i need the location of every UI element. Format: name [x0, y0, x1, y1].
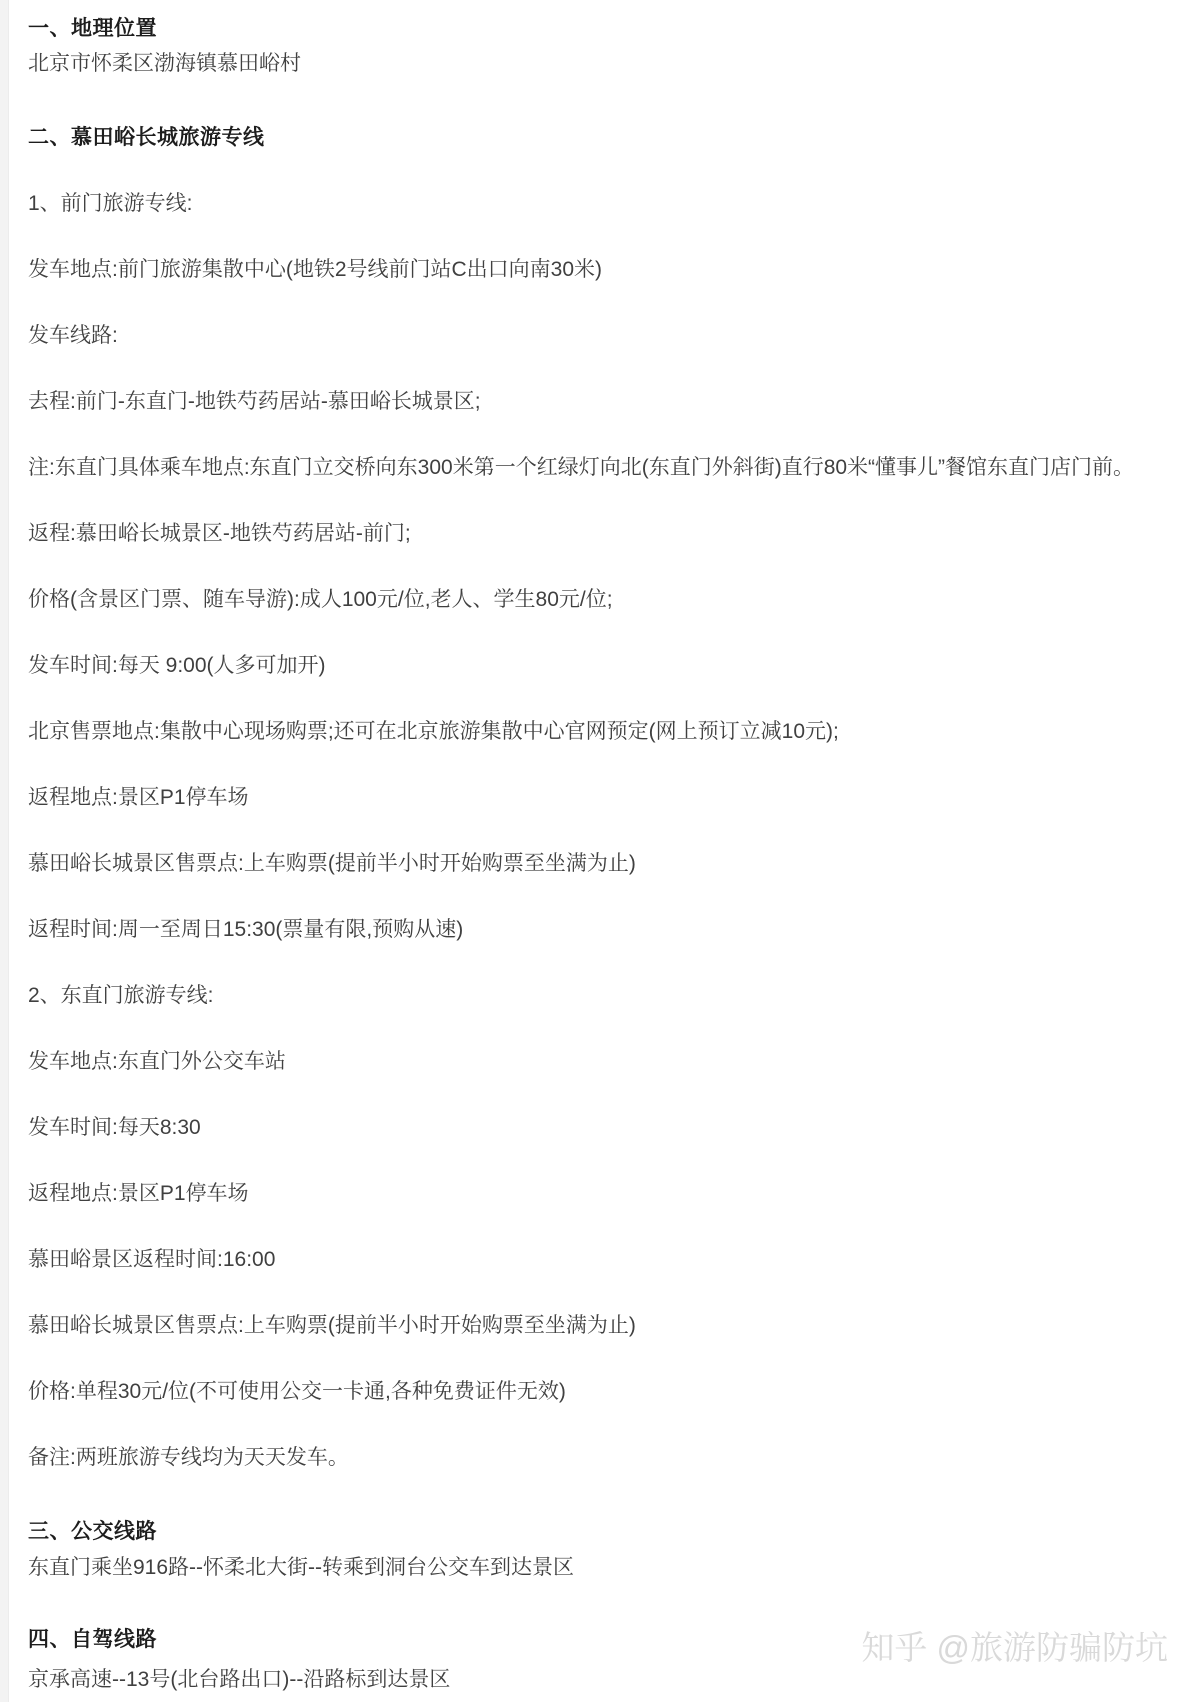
paragraph-outbound-route: 去程:前门-东直门-地铁芍药居站-慕田峪长城景区; [28, 389, 1160, 415]
section-title-tour-lines: 二、慕田峪长城旅游专线 [28, 125, 1160, 151]
paragraph-dongzhimen-line-heading: 2、东直门旅游专线: [28, 983, 1160, 1009]
section-title-bus-route: 三、公交线路 [28, 1519, 1160, 1545]
paragraph-departure-time-qianmen: 发车时间:每天 9:00(人多可加开) [28, 653, 1160, 679]
paragraph-location-address: 北京市怀柔区渤海镇慕田峪村 [28, 51, 1160, 77]
zhihu-watermark: 知乎 @旅游防骗防坑 [861, 1628, 1168, 1668]
paragraph-bus-route: 东直门乘坐916路--怀柔北大街--转乘到洞台公交车到达景区 [28, 1555, 1160, 1581]
section-bus-route: 三、公交线路 东直门乘坐916路--怀柔北大街--转乘到洞台公交车到达景区 [28, 1519, 1160, 1581]
paragraph-return-time-qianmen: 返程时间:周一至周日15:30(票量有限,预购从速) [28, 917, 1160, 943]
section-title-location: 一、地理位置 [28, 16, 1160, 42]
paragraph-remark: 备注:两班旅游专线均为天天发车。 [28, 1445, 1160, 1471]
paragraph-beijing-ticket-office: 北京售票地点:集散中心现场购票;还可在北京旅游集散中心官网预定(网上预订立减10… [28, 719, 1160, 745]
paragraph-return-place-qianmen: 返程地点:景区P1停车场 [28, 785, 1160, 811]
paragraph-departure-time-dongzhimen: 发车时间:每天8:30 [28, 1115, 1160, 1141]
article-page: 一、地理位置 北京市怀柔区渤海镇慕田峪村 二、慕田峪长城旅游专线 1、前门旅游专… [0, 0, 1190, 1702]
paragraph-return-route: 返程:慕田峪长城景区-地铁芍药居站-前门; [28, 521, 1160, 547]
paragraph-scenic-ticket-point-dongzhimen: 慕田峪长城景区售票点:上车购票(提前半小时开始购票至坐满为止) [28, 1313, 1160, 1339]
paragraph-price-dongzhimen: 价格:单程30元/位(不可使用公交一卡通,各种免费证件无效) [28, 1379, 1160, 1405]
section-tour-lines: 二、慕田峪长城旅游专线 1、前门旅游专线: 发车地点:前门旅游集散中心(地铁2号… [28, 125, 1160, 1471]
paragraph-departure-place: 发车地点:前门旅游集散中心(地铁2号线前门站C出口向南30米) [28, 257, 1160, 283]
paragraph-return-time-dongzhimen: 慕田峪景区返程时间:16:00 [28, 1247, 1160, 1273]
paragraph-scenic-ticket-point-qianmen: 慕田峪长城景区售票点:上车购票(提前半小时开始购票至坐满为止) [28, 851, 1160, 877]
article-content: 一、地理位置 北京市怀柔区渤海镇慕田峪村 二、慕田峪长城旅游专线 1、前门旅游专… [0, 0, 1190, 1693]
paragraph-departure-route-label: 发车线路: [28, 323, 1160, 349]
paragraph-qianmen-line-heading: 1、前门旅游专线: [28, 191, 1160, 217]
paragraph-departure-place-dongzhimen: 发车地点:东直门外公交车站 [28, 1049, 1160, 1075]
paragraph-return-place-dongzhimen: 返程地点:景区P1停车场 [28, 1181, 1160, 1207]
paragraph-driving-route: 京承高速--13号(北台路出口)--沿路标到达景区 [28, 1667, 1160, 1693]
paragraph-price-qianmen: 价格(含景区门票、随车导游):成人100元/位,老人、学生80元/位; [28, 587, 1160, 613]
paragraph-dongzhimen-note: 注:东直门具体乘车地点:东直门立交桥向东300米第一个红绿灯向北(东直门外斜街)… [28, 455, 1160, 481]
section-location: 一、地理位置 北京市怀柔区渤海镇慕田峪村 [28, 16, 1160, 77]
